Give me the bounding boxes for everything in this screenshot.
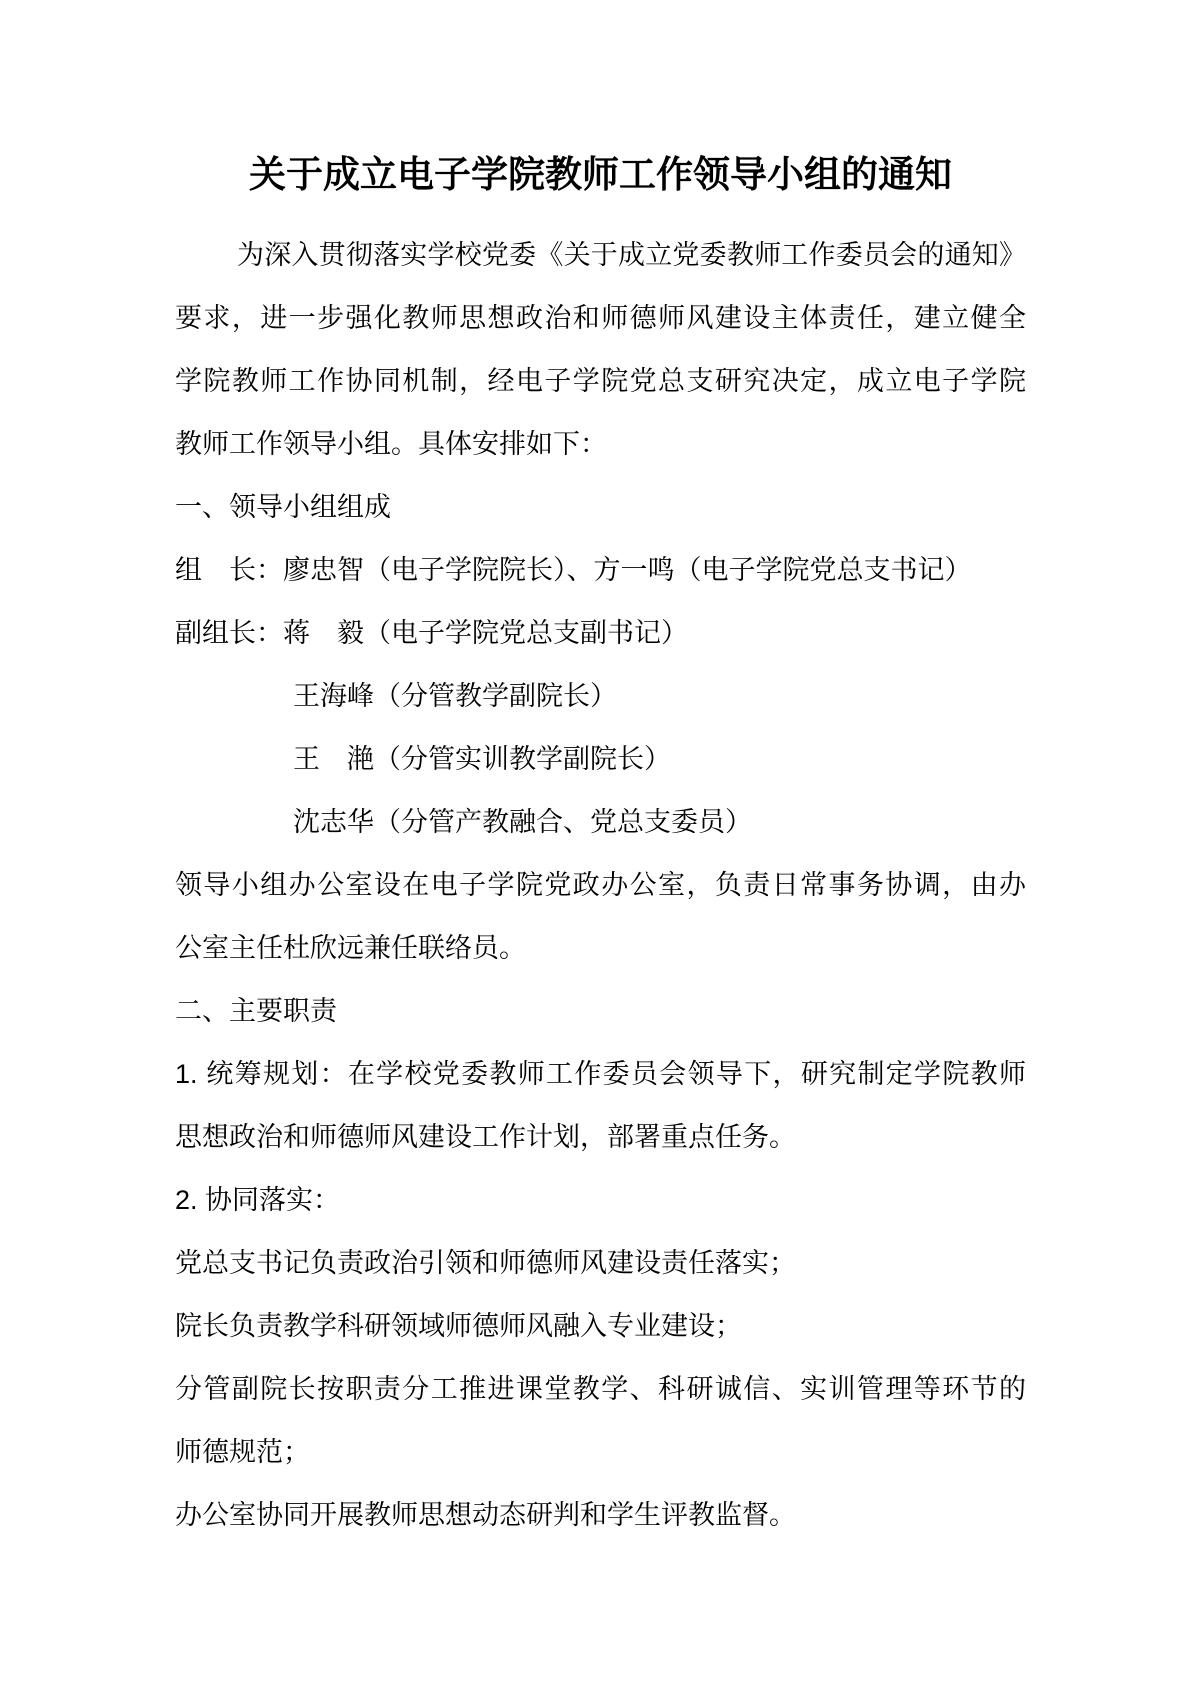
paragraph-line: 思想政治和师德师风建设工作计划，部署重点任务。: [175, 1106, 1026, 1169]
deputy-leader-line: 副组长：蒋 毅（电子学院党总支副书记）: [175, 602, 1026, 665]
paragraph-line: 1. 统筹规划：在学校党委教师工作委员会领导下，研究制定学院教师: [175, 1043, 1026, 1106]
document-page: 关于成立电子学院教师工作领导小组的通知 为深入贯彻落实学校党委《关于成立党委教师…: [0, 0, 1191, 1684]
paragraph-line: 要求，进一步强化教师思想政治和师德师风建设主体责任，建立健全: [175, 287, 1026, 350]
paragraph-line: 2. 协同落实：: [175, 1169, 1026, 1232]
paragraph-line: 公室主任杜欣远兼任联络员。: [175, 917, 1026, 980]
paragraph-line: 教师工作领导小组。具体安排如下：: [175, 413, 1026, 476]
section-heading-2: 二、主要职责: [175, 980, 1026, 1043]
paragraph-line: 学院教师工作协同机制，经电子学院党总支研究决定，成立电子学院: [175, 350, 1026, 413]
member-line: 王 滟（分管实训教学副院长）: [175, 728, 1026, 791]
paragraph-line: 分管副院长按职责分工推进课堂教学、科研诚信、实训管理等环节的: [175, 1358, 1026, 1421]
document-title: 关于成立电子学院教师工作领导小组的通知: [175, 150, 1026, 200]
paragraph-line: 师德规范；: [175, 1421, 1026, 1484]
section-heading-1: 一、领导小组组成: [175, 476, 1026, 539]
document-body: 为深入贯彻落实学校党委《关于成立党委教师工作委员会的通知》 要求，进一步强化教师…: [175, 224, 1026, 1547]
paragraph-line: 领导小组办公室设在电子学院党政办公室，负责日常事务协调，由办: [175, 854, 1026, 917]
paragraph-line: 办公室协同开展教师思想动态研判和学生评教监督。: [175, 1484, 1026, 1547]
paragraph-line: 为深入贯彻落实学校党委《关于成立党委教师工作委员会的通知》: [175, 224, 1026, 287]
paragraph-line: 党总支书记负责政治引领和师德师风建设责任落实；: [175, 1232, 1026, 1295]
paragraph-line: 院长负责教学科研领域师德师风融入专业建设；: [175, 1295, 1026, 1358]
member-line: 王海峰（分管教学副院长）: [175, 665, 1026, 728]
leader-line: 组 长：廖忠智（电子学院院长）、方一鸣（电子学院党总支书记）: [175, 539, 1026, 602]
member-line: 沈志华（分管产教融合、党总支委员）: [175, 791, 1026, 854]
